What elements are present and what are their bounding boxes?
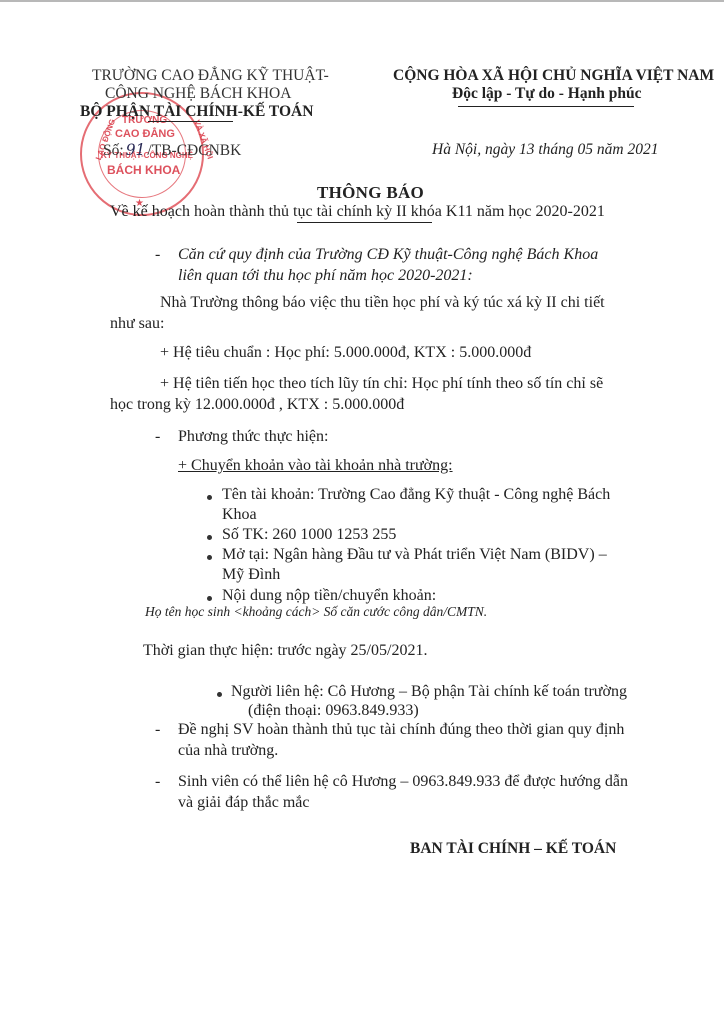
scan-edge bbox=[0, 0, 724, 2]
contact-person: Người liên hệ: Cô Hương – Bộ phận Tài ch… bbox=[231, 683, 627, 701]
national-motto: Độc lập - Tự do - Hạnh phúc bbox=[452, 85, 641, 103]
bank-branch: Mỹ Đình bbox=[222, 566, 280, 584]
stamp-text-line: BÁCH KHOA bbox=[107, 163, 180, 177]
doc-number-prefix: Số: bbox=[103, 142, 124, 159]
account-name-cont: Khoa bbox=[222, 506, 257, 524]
account-name: Tên tài khoản: Trường Cao đẳng Kỹ thuật … bbox=[222, 486, 610, 504]
request-text: Đề nghị SV hoàn thành thủ tục tài chính … bbox=[178, 721, 624, 739]
support-text: Sinh viên có thể liên hệ cô Hương – 0963… bbox=[178, 773, 628, 791]
place-date: Hà Nội, ngày 13 tháng 05 năm 2021 bbox=[432, 141, 658, 159]
basis-text: Căn cứ quy định của Trường CĐ Kỹ thuật-C… bbox=[178, 246, 598, 264]
basis-text-cont: liên quan tới thu học phí năm học 2020-2… bbox=[178, 267, 473, 285]
fee-advanced-program-cont: học trong kỳ 12.000.000đ , KTX : 5.000.0… bbox=[110, 396, 404, 414]
dash-marker: - bbox=[155, 721, 160, 739]
national-title: CỘNG HÒA XÃ HỘI CHỦ NGHĨA VIỆT NAM bbox=[393, 67, 714, 85]
bullet-icon bbox=[207, 596, 212, 601]
fee-advanced-program: + Hệ tiên tiến học theo tích lũy tín chỉ… bbox=[160, 375, 603, 393]
stamp-text-line: CAO ĐẲNG bbox=[115, 128, 175, 140]
doc-number-handwritten: 91 bbox=[126, 141, 146, 159]
dash-marker: - bbox=[155, 773, 160, 791]
bullet-icon bbox=[207, 495, 212, 500]
organization-name-cont: CÔNG NGHỆ BÁCH KHOA bbox=[105, 85, 291, 103]
organization-name: TRƯỜNG CAO ĐẲNG KỸ THUẬT- bbox=[92, 67, 329, 85]
bullet-icon bbox=[207, 535, 212, 540]
account-number: Số TK: 260 1000 1253 255 bbox=[222, 526, 396, 544]
request-text-cont: của nhà trường. bbox=[178, 742, 278, 760]
document-title: THÔNG BÁO bbox=[317, 183, 424, 203]
intro-text-cont: như sau: bbox=[110, 315, 164, 333]
method-label: Phương thức thực hiện: bbox=[178, 428, 328, 446]
bullet-icon bbox=[207, 555, 212, 560]
document-number: Số:91/TB-CĐCNBK bbox=[103, 141, 241, 160]
document-subtitle: Về kế hoạch hoàn thành thủ tục tài chính… bbox=[110, 203, 605, 221]
signoff: BAN TÀI CHÍNH – KẾ TOÁN bbox=[410, 840, 616, 858]
deadline: Thời gian thực hiện: trước ngày 25/05/20… bbox=[143, 642, 427, 660]
bullet-icon bbox=[217, 692, 222, 697]
fee-standard-program: + Hệ tiêu chuẩn : Học phí: 5.000.000đ, K… bbox=[160, 344, 531, 362]
dash-marker: - bbox=[155, 428, 160, 446]
intro-text: Nhà Trường thông báo việc thu tiền học p… bbox=[160, 294, 605, 312]
contact-phone: (điện thoại: 0963.849.933) bbox=[248, 702, 419, 720]
transfer-content-format: Họ tên học sinh <khoảng cách> Số căn cướ… bbox=[145, 604, 487, 620]
department-name: BỘ PHẬN TÀI CHÍNH-KẾ TOÁN bbox=[80, 103, 313, 121]
doc-number-suffix: /TB-CĐCNBK bbox=[147, 142, 241, 159]
transfer-content-label: Nội dung nộp tiền/chuyển khoản: bbox=[222, 587, 436, 605]
transfer-heading: + Chuyển khoản vào tài khoản nhà trường: bbox=[178, 457, 453, 475]
header-divider bbox=[148, 121, 233, 122]
dash-marker: - bbox=[155, 246, 160, 264]
bank-name: Mở tại: Ngân hàng Đầu tư và Phát triển V… bbox=[222, 546, 607, 564]
subtitle-divider bbox=[297, 222, 432, 223]
support-text-cont: và giải đáp thắc mắc bbox=[178, 794, 310, 812]
motto-divider bbox=[458, 106, 634, 107]
